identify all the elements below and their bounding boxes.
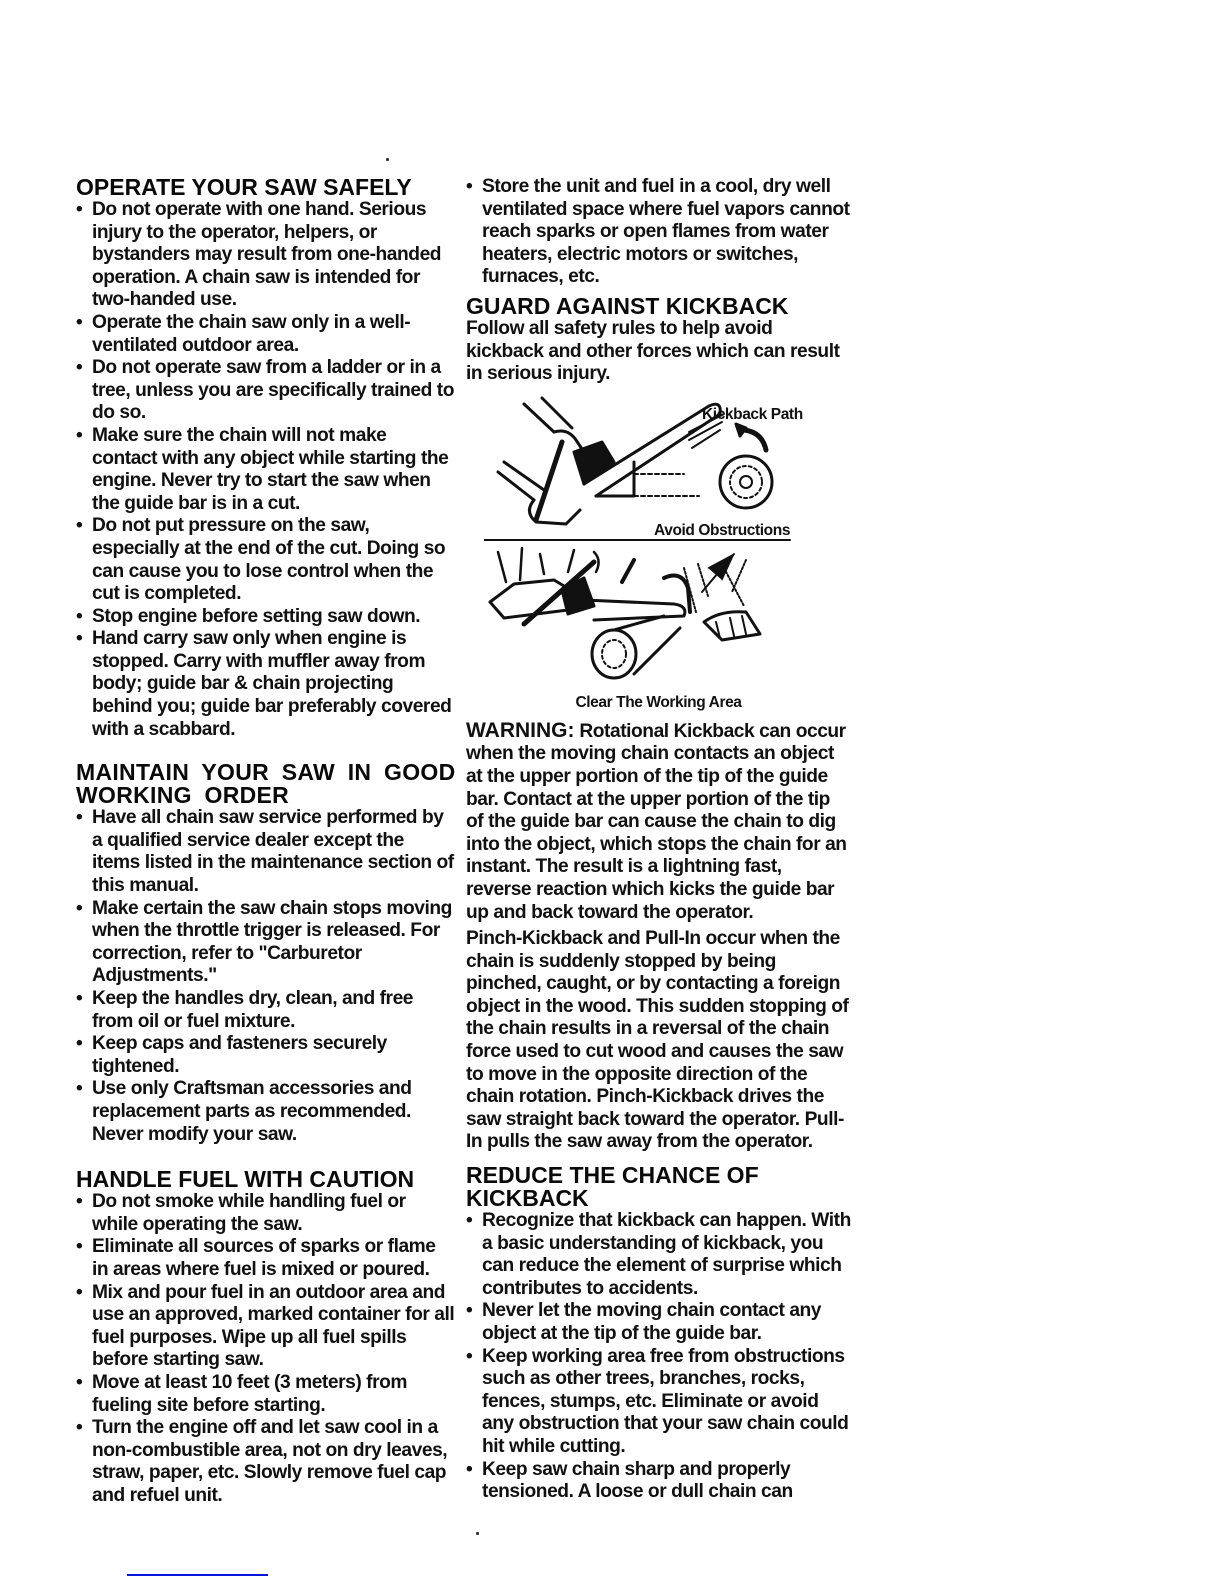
list-item: Turn the engine off and let saw cool in …	[76, 1417, 456, 1507]
section-heading-operate-safely: OPERATE YOUR SAW SAFELY	[76, 176, 456, 199]
list-item: Do not operate with one hand. Serious in…	[76, 199, 456, 312]
list-item: Make sure the chain will not make contac…	[76, 425, 456, 515]
footer-rule	[127, 1574, 268, 1576]
scan-speck	[476, 1532, 479, 1535]
list-item: Do not put pressure on the saw, especial…	[76, 515, 456, 605]
left-column: OPERATE YOUR SAW SAFELY Do not operate w…	[76, 176, 456, 1507]
list-item: Move at least 10 feet (3 meters) from fu…	[76, 1372, 456, 1417]
store-fuel-list: Store the unit and fuel in a cool, dry w…	[466, 176, 851, 289]
manual-page: OPERATE YOUR SAW SAFELY Do not operate w…	[0, 0, 1224, 1584]
warning-label: WARNING:	[466, 719, 575, 742]
kickback-path-label: Kickback Path	[702, 406, 803, 424]
right-column: Store the unit and fuel in a cool, dry w…	[466, 176, 851, 1504]
list-item: Keep caps and fasteners securely tighten…	[76, 1033, 456, 1078]
figure-caption: Clear The Working Area	[466, 694, 851, 712]
chainsaw-illustration-icon	[484, 392, 844, 692]
list-item: Hand carry saw only when engine is stopp…	[76, 628, 456, 741]
reduce-kickback-list: Recognize that kickback can happen. With…	[466, 1210, 851, 1504]
list-item: Keep working area free from obstructions…	[466, 1346, 851, 1459]
handle-fuel-list: Do not smoke while handling fuel or whil…	[76, 1191, 456, 1507]
list-item: Make certain the saw chain stops moving …	[76, 898, 456, 988]
kickback-illustration: Kickback Path Avoid Obstructions	[484, 392, 844, 692]
list-item: Have all chain saw service performed by …	[76, 807, 456, 897]
list-item: Operate the chain saw only in a well-ven…	[76, 312, 456, 357]
section-heading-maintain-saw: MAINTAIN YOUR SAW IN GOOD WORKING ORDER	[76, 761, 456, 807]
scan-speck	[386, 158, 389, 161]
list-item: Never let the moving chain contact any o…	[466, 1300, 851, 1345]
list-item: Use only Craftsman accessories and repla…	[76, 1078, 456, 1146]
kickback-intro: Follow all safety rules to help avoid ki…	[466, 318, 851, 386]
maintain-saw-list: Have all chain saw service performed by …	[76, 807, 456, 1146]
avoid-obstructions-label: Avoid Obstructions	[654, 522, 790, 540]
list-item: Do not smoke while handling fuel or whil…	[76, 1191, 456, 1236]
pinch-kickback-paragraph: Pinch-Kickback and Pull-In occur when th…	[466, 928, 851, 1154]
section-heading-guard-kickback: GUARD AGAINST KICKBACK	[466, 295, 851, 318]
warning-text: Rotational Kickback can occur when the m…	[466, 721, 847, 923]
operate-safely-list: Do not operate with one hand. Serious in…	[76, 199, 456, 741]
list-item: Keep the handles dry, clean, and free fr…	[76, 988, 456, 1033]
list-item: Eliminate all sources of sparks or flame…	[76, 1236, 456, 1281]
section-heading-handle-fuel: HANDLE FUEL WITH CAUTION	[76, 1168, 456, 1191]
list-item: Stop engine before setting saw down.	[76, 606, 456, 629]
list-item: Keep saw chain sharp and properly tensio…	[466, 1459, 851, 1504]
list-item: Do not operate saw from a ladder or in a…	[76, 357, 456, 425]
list-item: Mix and pour fuel in an outdoor area and…	[76, 1282, 456, 1372]
section-heading-reduce-kickback: REDUCE THE CHANCE OF KICKBACK	[466, 1164, 851, 1210]
list-item: Store the unit and fuel in a cool, dry w…	[466, 176, 851, 289]
warning-paragraph: WARNING: Rotational Kickback can occur w…	[466, 720, 851, 924]
list-item: Recognize that kickback can happen. With…	[466, 1210, 851, 1300]
